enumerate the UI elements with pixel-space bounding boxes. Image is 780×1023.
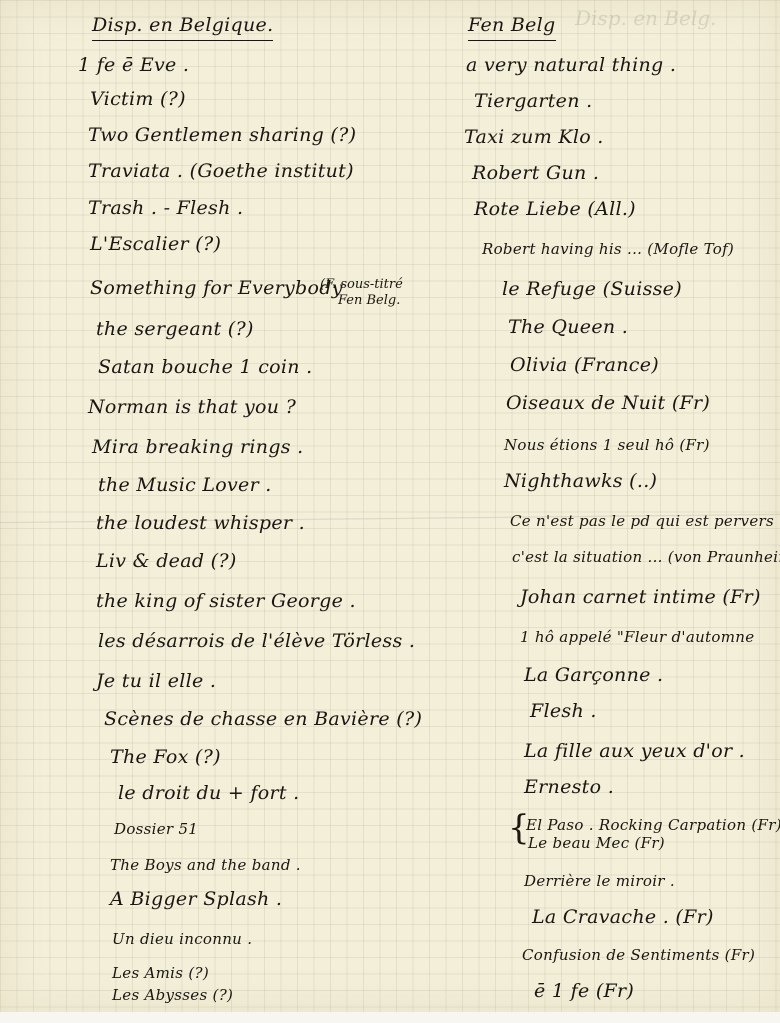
list-item: The Fox (?) — [110, 746, 221, 768]
list-item: Nighthawks (..) — [504, 470, 657, 492]
list-item: The Boys and the band . — [110, 856, 301, 874]
list-item: Oiseaux de Nuit (Fr) — [506, 392, 710, 414]
list-item: 1 fe ē Eve . — [78, 54, 189, 76]
list-item: les désarrois de l'élève Törless . — [98, 630, 415, 652]
list-item: A Bigger Splash . — [110, 888, 282, 910]
left-column-heading: Disp. en Belgique. — [92, 14, 273, 41]
list-item: Les Abysses (?) — [112, 986, 233, 1004]
bleed-through-text: Disp. en Belg. — [575, 6, 716, 30]
list-item: the loudest whisper . — [96, 512, 305, 534]
list-item: La Cravache . (Fr) — [532, 906, 714, 928]
subtitle-note-line-2: Fen Belg. — [338, 294, 400, 307]
list-item: Victim (?) — [90, 88, 186, 110]
list-item: a very natural thing . — [466, 54, 676, 76]
right-column-heading: Fen Belg — [468, 14, 556, 41]
list-item: Two Gentlemen sharing (?) — [88, 124, 356, 146]
list-item: Robert having his ... (Mofle Tof) — [482, 240, 734, 258]
list-item: Scènes de chasse en Bavière (?) — [104, 708, 422, 730]
list-item: Derrière le miroir . — [524, 872, 675, 890]
list-item: Mira breaking rings . — [92, 436, 304, 458]
list-item: Robert Gun . — [472, 162, 599, 184]
list-item: The Queen . — [508, 316, 628, 338]
list-item: the Music Lover . — [98, 474, 272, 496]
list-item: 1 hô appelé "Fleur d'automne — [520, 628, 754, 646]
list-item: Flesh . — [530, 700, 597, 722]
list-item: Norman is that you ? — [88, 396, 296, 418]
list-item: le droit du + fort . — [118, 782, 299, 804]
list-item: Johan carnet intime (Fr) — [520, 586, 761, 608]
list-item: Ernesto . — [524, 776, 614, 798]
list-item: L'Escalier (?) — [90, 233, 221, 255]
list-item: c'est la situation ... (von Praunheim) — [512, 548, 780, 566]
list-item: Tiergarten . — [474, 90, 592, 112]
list-item: ē 1 fe (Fr) — [534, 980, 634, 1002]
list-item: Satan bouche 1 coin . — [98, 356, 312, 378]
list-item: Dossier 51 — [114, 820, 198, 838]
list-item: le Refuge (Suisse) — [502, 278, 682, 300]
list-item: Trash . - Flesh . — [88, 197, 243, 219]
list-item: Traviata . (Goethe institut) — [88, 160, 354, 182]
list-item: the sergeant (?) — [96, 318, 254, 340]
list-item: La Garçonne . — [524, 664, 663, 686]
list-item: Un dieu inconnu . — [112, 930, 252, 948]
list-item: Les Amis (?) — [112, 964, 209, 982]
list-item: La fille aux yeux d'or . — [524, 740, 745, 762]
list-item: Something for Everybody — [90, 277, 343, 299]
list-item: Nous étions 1 seul hô (Fr) — [504, 436, 710, 454]
list-item: El Paso . Rocking Carpation (Fr) — [526, 816, 780, 834]
list-item: Je tu il elle . — [96, 670, 216, 692]
list-item: Rote Liebe (All.) — [474, 198, 636, 220]
list-item: Le beau Mec (Fr) — [528, 834, 665, 852]
list-item: Liv & dead (?) — [96, 550, 237, 572]
list-item: Olivia (France) — [510, 354, 659, 376]
list-item: Ce n'est pas le pd qui est pervers — [510, 512, 774, 530]
graph-paper-sheet: Disp. en Belg. Disp. en Belgique. 1 fe ē… — [0, 0, 780, 1012]
subtitle-note-line-1: (F. sous-titré — [320, 278, 403, 291]
list-item: Confusion de Sentiments (Fr) — [522, 946, 755, 964]
list-item: the king of sister George . — [96, 590, 356, 612]
list-item: Taxi zum Klo . — [464, 126, 604, 148]
